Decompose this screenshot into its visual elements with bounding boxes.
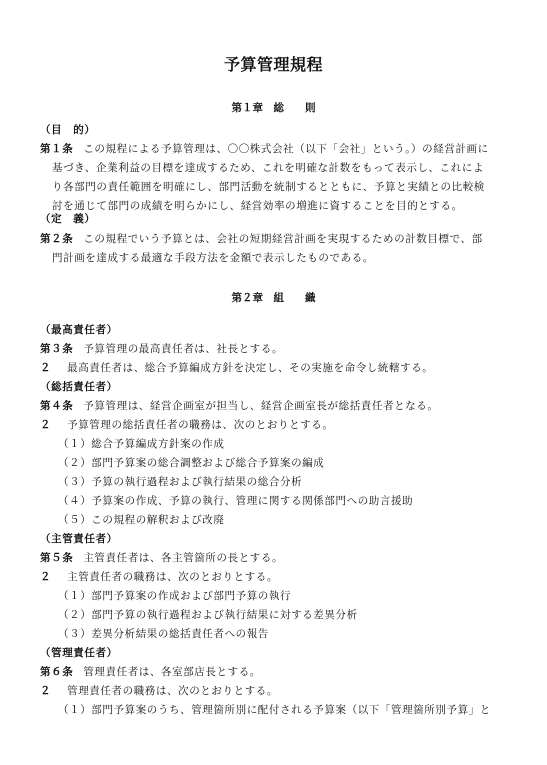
list-item: （２）部門予算の執行過程および執行結果に対する差異分析	[58, 609, 358, 622]
article-text: 予算管理の最高責任者は、社長とする。	[83, 343, 283, 355]
article-number: 第５条	[40, 552, 73, 564]
article-text: 主管責任者は、各主管箇所の長とする。	[83, 552, 283, 564]
article-text: この規程による予算管理は、〇〇株式会社（以下「会社」という。）の経営計画に	[83, 143, 488, 155]
article-caption: （目 的）	[40, 124, 96, 137]
paragraph-number: ２	[40, 362, 51, 374]
paragraph-number: ２	[40, 419, 51, 431]
paragraph-text: 予算管理の総括責任者の職務は、次のとおりとする。	[67, 419, 333, 431]
article-4: 第４条予算管理は、経営企画室が担当し、経営企画室長が総括責任者となる。	[40, 400, 439, 413]
article-text: 管理責任者は、各室部店長とする。	[83, 666, 261, 678]
paragraph-number: ２	[40, 571, 51, 583]
list-item: （１）部門予算案のうち、管理箇所別に配付される予算案（以下「管理箇所別予算」と	[58, 704, 491, 717]
list-item: （５）この規程の解釈および改廃	[58, 514, 225, 527]
article-text-line: 討を通じて部門の成績を明らかにし、経営効率の増進に資することを目的とする。	[52, 200, 463, 213]
document-title: 予算管理規程	[0, 52, 547, 75]
paragraph-text: 主管責任者の職務は、次のとおりとする。	[67, 571, 278, 583]
paragraph-text: 最高責任者は、総合予算編成方針を決定し、その実施を命令し統轄する。	[67, 362, 433, 374]
list-item: （２）部門予算案の総合調整および総合予算案の編成	[58, 457, 324, 470]
list-item: （１）総合予算編成方針案の作成	[58, 438, 225, 451]
article-caption: （総括責任者）	[40, 381, 118, 394]
list-item: （３）差異分析結果の総括責任者への報告	[58, 628, 269, 641]
article-caption: （管理責任者）	[40, 647, 118, 660]
list-item: （４）予算案の作成、予算の執行、管理に関する関係部門への助言援助	[58, 495, 413, 508]
article-3: 第３条予算管理の最高責任者は、社長とする。	[40, 343, 283, 356]
article-caption: （最高責任者）	[40, 324, 118, 337]
paragraph-number: ２	[40, 685, 51, 697]
article-6: 第６条管理責任者は、各室部店長とする。	[40, 666, 261, 679]
article-text-line: 基づき、企業利益の目標を達成するため、これを明確な計数をもって表示し、これによ	[52, 162, 484, 175]
article-text: 予算管理は、経営企画室が担当し、経営企画室長が総括責任者となる。	[83, 400, 438, 412]
article-number: 第４条	[40, 400, 73, 412]
chapter-heading-1: 第１章 総 則	[0, 100, 547, 115]
chapter-heading-2: 第２章 組 織	[0, 290, 547, 305]
article-2: 第２条この規程でいう予算とは、会社の短期経営計画を実現するための計数目標で、部	[40, 233, 483, 246]
paragraph-2: ２管理責任者の職務は、次のとおりとする。	[40, 685, 278, 698]
list-item: （３）予算の執行過程および執行結果の総合分析	[58, 476, 302, 489]
paragraph-2: ２予算管理の総括責任者の職務は、次のとおりとする。	[40, 419, 334, 432]
document-page: 予算管理規程 第１章 総 則 （目 的） 第１条この規程による予算管理は、〇〇株…	[0, 0, 547, 765]
article-text: この規程でいう予算とは、会社の短期経営計画を実現するための計数目標で、部	[83, 233, 482, 245]
article-5: 第５条主管責任者は、各主管箇所の長とする。	[40, 552, 283, 565]
article-number: 第３条	[40, 343, 73, 355]
article-number: 第６条	[40, 666, 73, 678]
article-number: 第２条	[40, 233, 73, 245]
paragraph-2: ２主管責任者の職務は、次のとおりとする。	[40, 571, 278, 584]
paragraph-2: ２最高責任者は、総合予算編成方針を決定し、その実施を命令し統轄する。	[40, 362, 433, 375]
article-caption: （定 義）	[40, 213, 96, 226]
article-text-line: 門計画を達成する最適な手段方法を金額で表示したものである。	[52, 252, 374, 265]
article-1: 第１条この規程による予算管理は、〇〇株式会社（以下「会社」という。）の経営計画に	[40, 143, 489, 156]
article-text-line: り各部門の責任範囲を明確にし、部門活動を統制するとともに、予算と実績との比較検	[52, 181, 485, 194]
paragraph-text: 管理責任者の職務は、次のとおりとする。	[67, 685, 278, 697]
list-item: （１）部門予算案の作成および部門予算の執行	[58, 590, 291, 603]
article-caption: （主管責任者）	[40, 533, 118, 546]
article-number: 第１条	[40, 143, 73, 155]
